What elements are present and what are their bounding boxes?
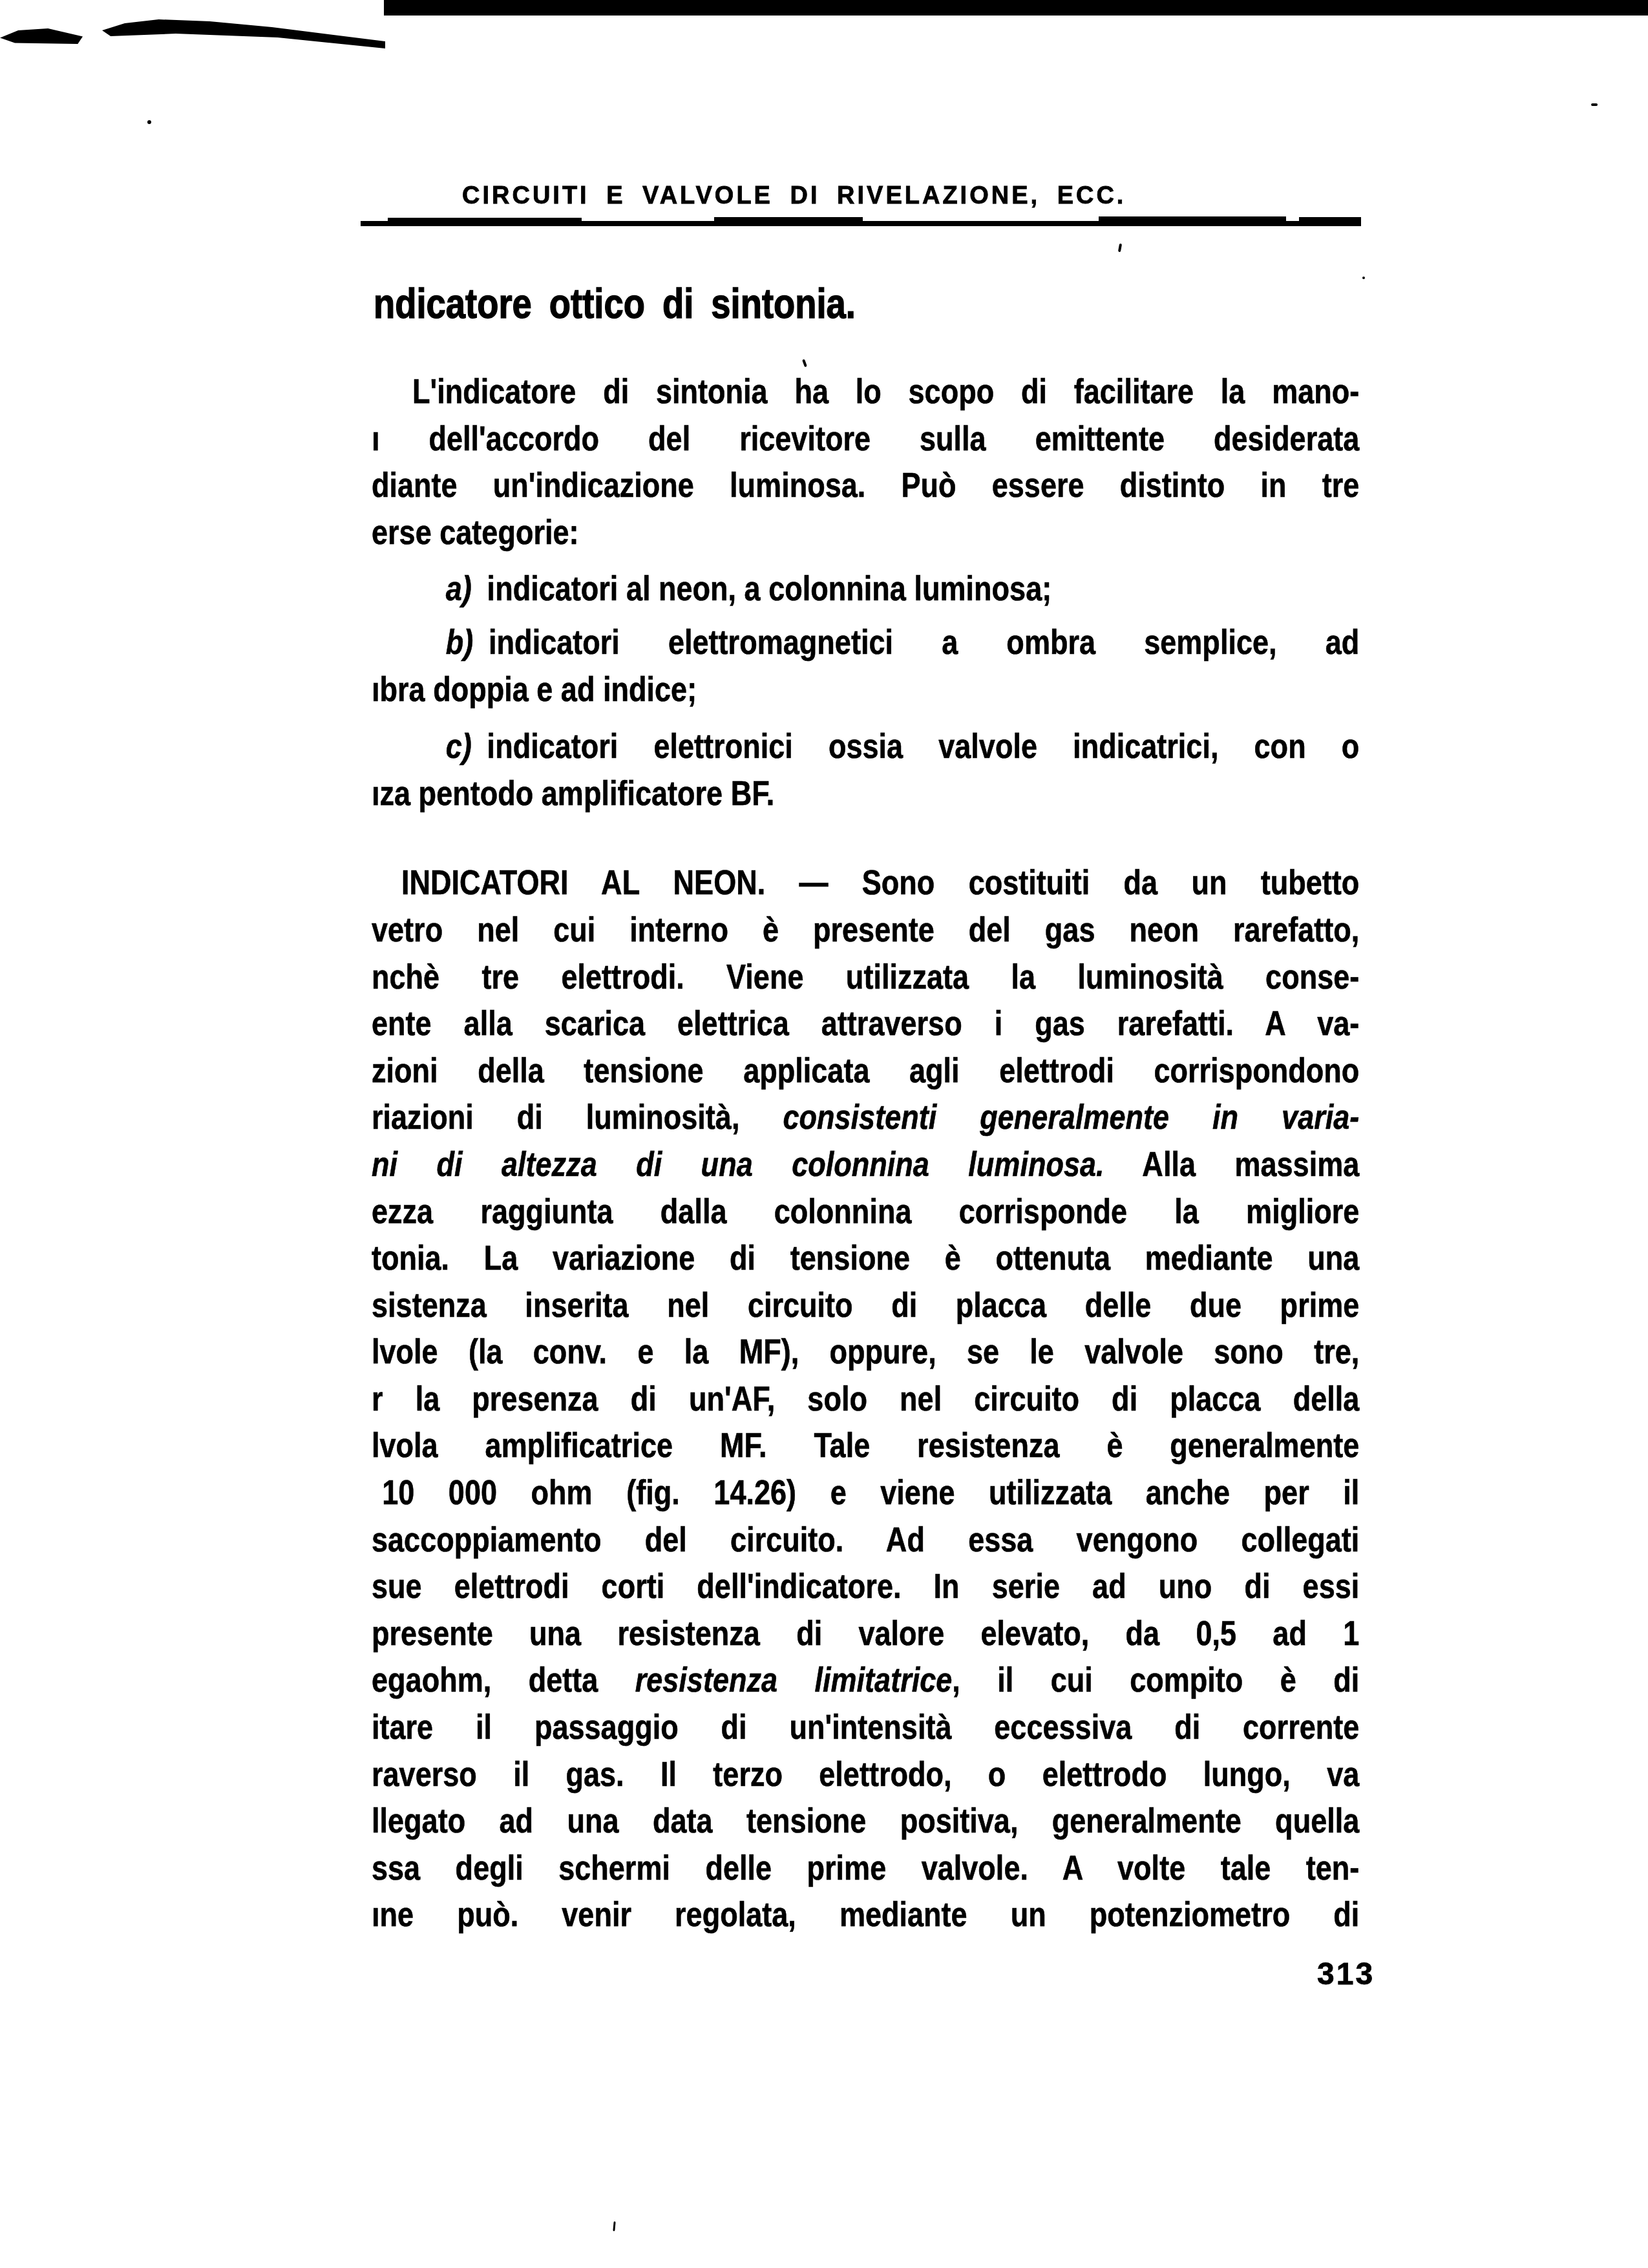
text-segment: , il cui compito è di (952, 1661, 1359, 1699)
text-segment: INDICATORI AL NEON. — Sono costituiti da… (401, 864, 1359, 902)
text-line: erse categorie: (372, 510, 1359, 557)
text-line: diante un'indicazione luminosa. Può esse… (372, 463, 1359, 510)
scan-speck (147, 120, 151, 124)
header-underline-segment (1099, 216, 1286, 221)
scan-speck (1118, 244, 1122, 252)
text-line: nchè tre elettrodi. Viene utilizzata la … (372, 954, 1359, 1002)
text-segment: presente una resistenza di valore elevat… (372, 1615, 1359, 1653)
text-segment: ezza raggiunta dalla colonnina corrispon… (372, 1193, 1359, 1231)
text-segment: egaohm, detta (372, 1661, 635, 1699)
text-line: ezza raggiunta dalla colonnina corrispon… (372, 1189, 1359, 1236)
header-underline (361, 221, 1361, 226)
text-segment: indicatori elettromagnetici a ombra semp… (489, 624, 1359, 662)
text-segment: saccoppiamento del circuito. Ad essa ven… (372, 1521, 1359, 1559)
text-line: zioni della tensione applicata agli elet… (372, 1048, 1359, 1095)
text-line: llegato ad una data tensione positiva, g… (372, 1798, 1359, 1845)
paragraph: b)indicatori elettromagnetici a ombra se… (372, 620, 1359, 713)
text-line: ente alla scarica elettrica attraverso i… (372, 1001, 1359, 1048)
text-line: b)indicatori elettromagnetici a ombra se… (372, 620, 1359, 667)
text-segment: ssa degli schermi delle prime valvole. A… (372, 1849, 1359, 1887)
text-line: raverso il gas. Il terzo elettrodo, o el… (372, 1752, 1359, 1799)
text-line: ı dell'accordo del ricevitore sulla emit… (372, 416, 1359, 463)
paragraph: a)indicatori al neon, a colonnina lumino… (372, 566, 1359, 613)
text-segment: raverso il gas. Il terzo elettrodo, o el… (372, 1756, 1359, 1794)
scan-speck (613, 2221, 615, 2231)
scan-artifact-blob (0, 28, 83, 44)
text-line: lvola amplificatrice MF. Tale resistenza… (372, 1423, 1359, 1470)
page-number: 313 (1317, 1958, 1375, 1991)
text-segment: L'indicatore di sintonia ha lo scopo di … (412, 373, 1359, 411)
text-line: itare il passaggio di un'intensità ecces… (372, 1705, 1359, 1752)
text-segment: lvola amplificatrice MF. Tale resistenza… (372, 1427, 1359, 1465)
text-segment: ıza pentodo amplificatore BF. (372, 775, 774, 813)
text-segment: ıbra doppia e ad indice; (372, 671, 697, 709)
text-line: r la presenza di un'AF, solo nel circuit… (372, 1376, 1359, 1423)
scan-artifact-swoosh (102, 17, 385, 49)
scan-speck (1591, 103, 1598, 106)
text-line: L'indicatore di sintonia ha lo scopo di … (372, 369, 1359, 416)
header-underline-segment (714, 217, 863, 222)
header-underline-segment (388, 218, 582, 222)
running-header: CIRCUITI E VALVOLE DI RIVELAZIONE, ECC. (462, 182, 1126, 210)
text-segment: vetro nel cui interno è presente del gas… (372, 911, 1359, 949)
text-segment: 10 000 ohm (fig. 14.26) e viene utilizza… (382, 1474, 1359, 1512)
text-segment: sistenza inserita nel circuito di placca… (372, 1286, 1359, 1325)
text-line: tonia. La variazione di tensione è otten… (372, 1235, 1359, 1283)
scan-speck (1362, 277, 1365, 279)
text-segment: ıne può. venir regolata, mediante un pot… (372, 1896, 1359, 1934)
text-line: INDICATORI AL NEON. — Sono costituiti da… (372, 860, 1359, 907)
text-segment: ı dell'accordo del ricevitore sulla emit… (372, 420, 1359, 458)
text-line: presente una resistenza di valore elevat… (372, 1611, 1359, 1658)
paragraph: L'indicatore di sintonia ha lo scopo di … (372, 369, 1359, 556)
text-line: vetro nel cui interno è presente del gas… (372, 907, 1359, 954)
text-line: ıbra doppia e ad indice; (372, 667, 1359, 714)
list-label: b) (446, 624, 474, 662)
text-line: sistenza inserita nel circuito di placca… (372, 1283, 1359, 1330)
paragraph: c)indicatori elettronici ossia valvole i… (372, 724, 1359, 817)
text-segment: indicatori elettronici ossia valvole ind… (487, 728, 1360, 766)
header-underline-segment (1299, 217, 1361, 221)
text-line: ni di altezza di una colonnina luminosa.… (372, 1142, 1359, 1189)
text-segment: lvole (la conv. e la MF), oppure, se le … (372, 1333, 1359, 1371)
text-segment: erse categorie: (372, 514, 579, 552)
text-segment: ente alla scarica elettrica attraverso i… (372, 1005, 1359, 1043)
text-segment: zioni della tensione applicata agli elet… (372, 1052, 1359, 1090)
scan-speck (802, 359, 807, 368)
text-segment: llegato ad una data tensione positiva, g… (372, 1802, 1359, 1840)
text-segment: nchè tre elettrodi. Viene utilizzata la … (372, 958, 1359, 996)
list-label: c) (446, 728, 472, 766)
text-segment: diante un'indicazione luminosa. Può esse… (372, 467, 1359, 505)
emphasized-text: resistenza limitatrice (635, 1661, 953, 1699)
body-text: L'indicatore di sintonia ha lo scopo di … (372, 369, 1359, 1939)
text-segment: r la presenza di un'AF, solo nel circuit… (372, 1380, 1359, 1418)
text-segment: riazioni di luminosità, (372, 1098, 783, 1137)
text-line: egaohm, detta resistenza limitatrice, il… (372, 1657, 1359, 1705)
text-line: saccoppiamento del circuito. Ad essa ven… (372, 1517, 1359, 1564)
emphasized-text: consistenti generalmente in varia- (783, 1098, 1359, 1137)
text-line: a)indicatori al neon, a colonnina lumino… (372, 566, 1359, 613)
section-title: ndicatore ottico di sintonia. (374, 283, 856, 324)
text-segment: indicatori al neon, a colonnina luminosa… (487, 570, 1052, 608)
emphasized-text: ni di altezza di una colonnina luminosa. (372, 1146, 1104, 1184)
scanned-book-page: CIRCUITI E VALVOLE DI RIVELAZIONE, ECC. … (0, 0, 1648, 2268)
text-segment: sue elettrodi corti dell'indicatore. In … (372, 1568, 1359, 1606)
text-line: ıza pentodo amplificatore BF. (372, 771, 1359, 818)
text-line: 10 000 ohm (fig. 14.26) e viene utilizza… (372, 1470, 1359, 1517)
scan-artifact-top-bar (384, 0, 1648, 16)
text-line: c)indicatori elettronici ossia valvole i… (372, 724, 1359, 771)
text-line: sue elettrodi corti dell'indicatore. In … (372, 1564, 1359, 1611)
text-line: riazioni di luminosità, consistenti gene… (372, 1095, 1359, 1142)
text-line: ıne può. venir regolata, mediante un pot… (372, 1892, 1359, 1939)
text-segment: Alla massima (1104, 1146, 1360, 1184)
text-line: ssa degli schermi delle prime valvole. A… (372, 1845, 1359, 1893)
text-segment: tonia. La variazione di tensione è otten… (372, 1239, 1359, 1277)
list-label: a) (446, 570, 472, 608)
paragraph: INDICATORI AL NEON. — Sono costituiti da… (372, 860, 1359, 1939)
text-line: lvole (la conv. e la MF), oppure, se le … (372, 1329, 1359, 1376)
text-segment: itare il passaggio di un'intensità ecces… (372, 1708, 1359, 1747)
